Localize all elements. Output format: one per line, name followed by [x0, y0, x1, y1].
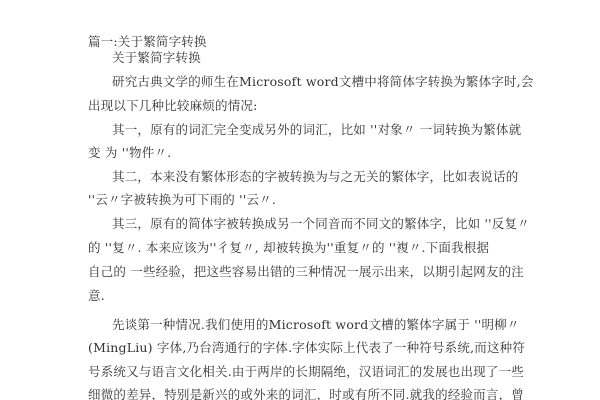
- document-subtitle: 关于繁简字转换: [112, 50, 201, 66]
- paragraph-line: (MingLiu) 字体,乃台湾通行的字体.字体实际上代表了一种符号系统,而这种…: [88, 340, 525, 356]
- paragraph-line: ''云〃字被转换为可下雨的 ''云〃.: [88, 192, 276, 208]
- paragraph-line: 出现以下几种比较麻烦的情况:: [88, 98, 258, 114]
- paragraph-line: 号系统又与语言文化相关.由于两岸的长期隔绝，汉语词汇的发展也出现了一些: [88, 364, 524, 380]
- paragraph-line: 研究古典文学的师生在Microsoft word文槽中将简体字转换为繁体字时,会: [112, 74, 534, 90]
- paragraph-line: 其三，原有的简体字被转换成另一个同音而不同文的繁体字，比如 ''反复〃: [112, 216, 530, 232]
- paragraph-line: 其二，本来没有繁体形态的字被转换为与之无关的繁体字，比如表说话的: [112, 169, 518, 185]
- paragraph-line: 自己的 一些经验，把这些容易出错的三种情况一展示出来，以期引起网友的注: [88, 264, 524, 280]
- paragraph-line: 变 为 ''物件〃.: [88, 145, 171, 161]
- paragraph-line: 其一，原有的词汇完全变成另外的词汇，比如 ''对象〃 一词转换为繁体就: [112, 122, 521, 138]
- document-heading: 篇一:关于繁简字转换: [88, 34, 207, 50]
- document-page: 篇一:关于繁简字转换 关于繁简字转换 研究古典文学的师生在Microsoft w…: [0, 0, 600, 400]
- paragraph-line: 先谈第一种情况.我们使用的Microsoft word文槽的繁体字属于 ''明柳…: [112, 317, 520, 333]
- paragraph-line: 的 ''复〃. 本来应该为''彳复〃, 却被转换为''重复〃的 ''複〃.下面我…: [88, 240, 489, 256]
- paragraph-line: 细微的差异，特别是新兴的或外来的词汇，时或有所不同.就我的经验而言，曾: [88, 387, 524, 400]
- paragraph-line: 意.: [88, 288, 105, 304]
